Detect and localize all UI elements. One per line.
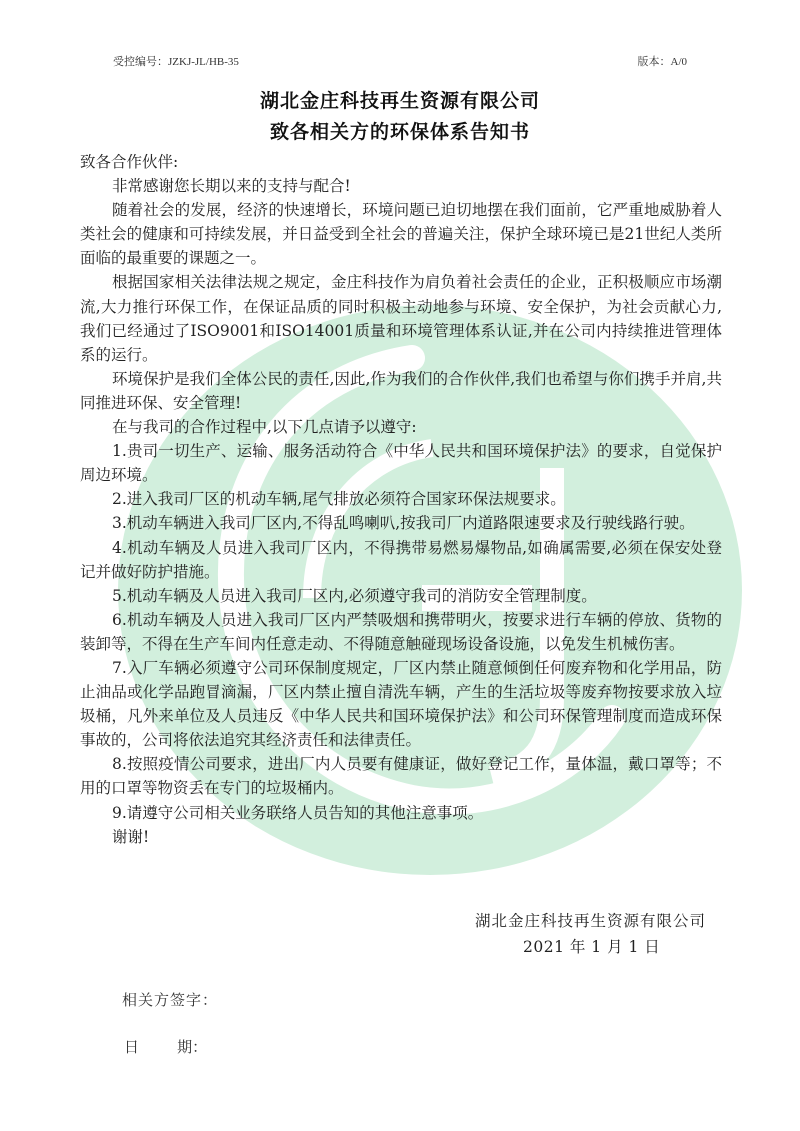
rule-item: 6.机动车辆及人员进入我司厂区内严禁吸烟和携带明火，按要求进行车辆的停放、货物的… <box>80 608 722 656</box>
rule-item: 3.机动车辆进入我司厂区内,不得乱鸣喇叭,按我司厂内道路限速要求及行驶线路行驶。 <box>80 511 722 535</box>
letter-body: 致各合作伙伴: 非常感谢您长期以来的支持与配合! 随着社会的发展，经济的快速增长… <box>80 150 722 849</box>
signature-company: 湖北金庄科技再生资源有限公司 <box>475 909 706 931</box>
paragraph: 根据国家相关法律法规之规定，金庄科技作为肩负着社会责任的企业，正积极顺应市场潮流… <box>80 270 722 366</box>
paragraph: 随着社会的发展，经济的快速增长，环境问题已迫切地摆在我们面前，它严重地威胁着人类… <box>80 198 722 270</box>
closing: 谢谢! <box>80 825 722 849</box>
document-header: 受控编号：JZKJ-JL/HB-35 版本：A/0 <box>113 53 687 69</box>
rule-item: 8.按照疫情公司要求，进出厂内人员要有健康证，做好登记工作，量体温，戴口罩等；不… <box>80 752 722 800</box>
rule-item: 1.贵司一切生产、运输、服务活动符合《中华人民共和国环境保护法》的要求，自觉保护… <box>80 439 722 487</box>
counterparty-date-label: 日 期： <box>124 1036 207 1057</box>
counterparty-signature-label: 相关方签字： <box>122 989 218 1010</box>
rule-item: 5.机动车辆及人员进入我司厂区内,必须遵守我司的消防安全管理制度。 <box>80 584 722 608</box>
control-number: 受控编号：JZKJ-JL/HB-35 <box>113 53 239 69</box>
paragraph: 非常感谢您长期以来的支持与配合! <box>80 174 722 198</box>
rule-item: 7.入厂车辆必须遵守公司环保制度规定，厂区内禁止随意倾倒任何废弃物和化学用品，防… <box>80 656 722 752</box>
document-title: 致各相关方的环保体系告知书 <box>0 117 800 144</box>
salutation: 致各合作伙伴: <box>80 150 722 174</box>
company-title: 湖北金庄科技再生资源有限公司 <box>0 86 800 113</box>
paragraph: 在与我司的合作过程中,以下几点请予以遵守: <box>80 415 722 439</box>
paragraph: 环境保护是我们全体公民的责任,因此,作为我们的合作伙伴,我们也希望与你们携手并肩… <box>80 367 722 415</box>
signature-date: 2021 年 1 月 1 日 <box>523 935 660 957</box>
rule-item: 2.进入我司厂区的机动车辆,尾气排放必须符合国家环保法规要求。 <box>80 487 722 511</box>
rule-item: 9.请遵守公司相关业务联络人员告知的其他注意事项。 <box>80 801 722 825</box>
version-label: 版本：A/0 <box>638 53 688 69</box>
document-page: 受控编号：JZKJ-JL/HB-35 版本：A/0 湖北金庄科技再生资源有限公司… <box>0 0 800 1131</box>
rule-item: 4.机动车辆及人员进入我司厂区内，不得携带易燃易爆物品,如确属需要,必须在保安处… <box>80 536 722 584</box>
